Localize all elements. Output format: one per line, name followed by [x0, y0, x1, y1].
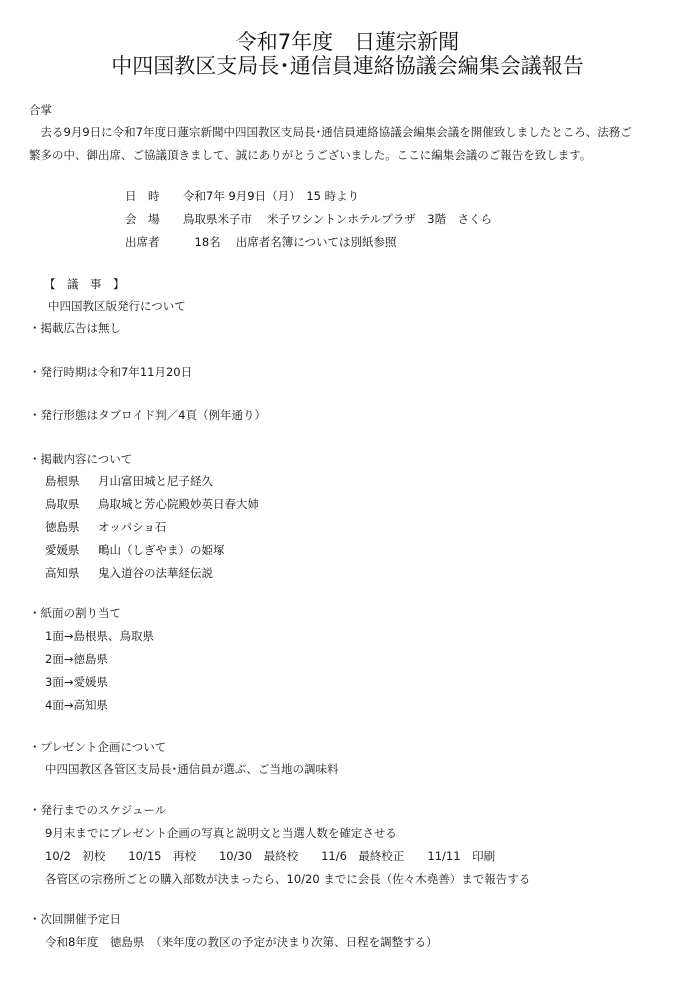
- schedule-line-3: 各管区の宗務所ごとの購入部数が決まったら、10/20 までに会長（佐々木堯善）ま…: [45, 871, 530, 887]
- page-assignment: 1面→島根県、鳥取県: [45, 628, 154, 644]
- agenda-issue-date: ・発行時期は令和7年11月20日: [29, 364, 192, 380]
- next-meeting-heading: ・次回開催予定日: [29, 911, 121, 927]
- greeting: 合掌: [29, 102, 52, 118]
- content-topic: オッパショ石: [98, 519, 166, 535]
- content-topic: 鳥取城と芳心院殿妙英日春大姉: [98, 496, 259, 512]
- schedule-line-2: 10/2 初校 10/15 再校 10/30 最終校 11/6 最終校正 11/…: [45, 848, 495, 864]
- agenda-heading: 【 議 事 】: [44, 276, 125, 292]
- content-prefecture: 鳥取県: [45, 496, 80, 512]
- info-label-venue: 会 場: [125, 211, 160, 227]
- info-value-datetime: 令和7年 9月9日（月） 15 時より: [183, 188, 359, 204]
- page-assignment: 4面→高知県: [45, 697, 108, 713]
- info-label-attendees: 出席者: [125, 234, 160, 250]
- intro-line-1: 去る9月9日に令和7年度日蓮宗新聞中四国教区支局長･通信員連絡協議会編集会議を開…: [29, 124, 632, 140]
- agenda-subheading: 中四国教区版発行について: [48, 298, 186, 314]
- info-label-datetime: 日 時: [125, 188, 160, 204]
- present-heading: ・プレゼント企画について: [29, 739, 166, 755]
- title-line-1: 令和7年度 日蓮宗新聞: [0, 30, 695, 54]
- title-line-2: 中四国教区支局長･通信員連絡協議会編集会議報告: [0, 54, 695, 78]
- page-assignment: 3面→愛媛県: [45, 674, 108, 690]
- intro-line-2: 繁多の中、御出席、ご協議頂きまして、誠にありがとうございました。ここに編集会議の…: [29, 147, 591, 163]
- agenda-ads: ・掲載広告は無し: [29, 320, 121, 336]
- page-assignment: 2面→徳島県: [45, 651, 108, 667]
- content-prefecture: 島根県: [45, 473, 80, 489]
- info-value-attendees: 18名 出席者名簿については別紙参照: [183, 234, 397, 250]
- content-heading: ・掲載内容について: [29, 451, 132, 467]
- agenda-format: ・発行形態はタブロイド判／4頁（例年通り）: [29, 407, 266, 423]
- content-prefecture: 高知県: [45, 565, 80, 581]
- content-topic: 鬼入道谷の法華経伝説: [98, 565, 213, 581]
- content-topic: 鴫山（しぎやま）の姫塚: [98, 542, 225, 558]
- next-meeting-text: 令和8年度 徳島県 （来年度の教区の予定が決まり次第、日程を調整する）: [45, 934, 438, 950]
- pages-heading: ・紙面の割り当て: [29, 605, 121, 621]
- content-prefecture: 愛媛県: [45, 542, 80, 558]
- schedule-heading: ・発行までのスケジュール: [29, 802, 166, 818]
- info-value-venue: 鳥取県米子市 米子ワシントンホテルプラザ 3階 さくら: [183, 211, 492, 227]
- present-text: 中四国教区各管区支局長･通信員が選ぶ、ご当地の調味料: [45, 761, 338, 777]
- content-topic: 月山富田城と尼子経久: [98, 473, 213, 489]
- content-prefecture: 徳島県: [45, 519, 80, 535]
- schedule-line-1: 9月末までにプレゼント企画の写真と説明文と当選人数を確定させる: [45, 825, 397, 841]
